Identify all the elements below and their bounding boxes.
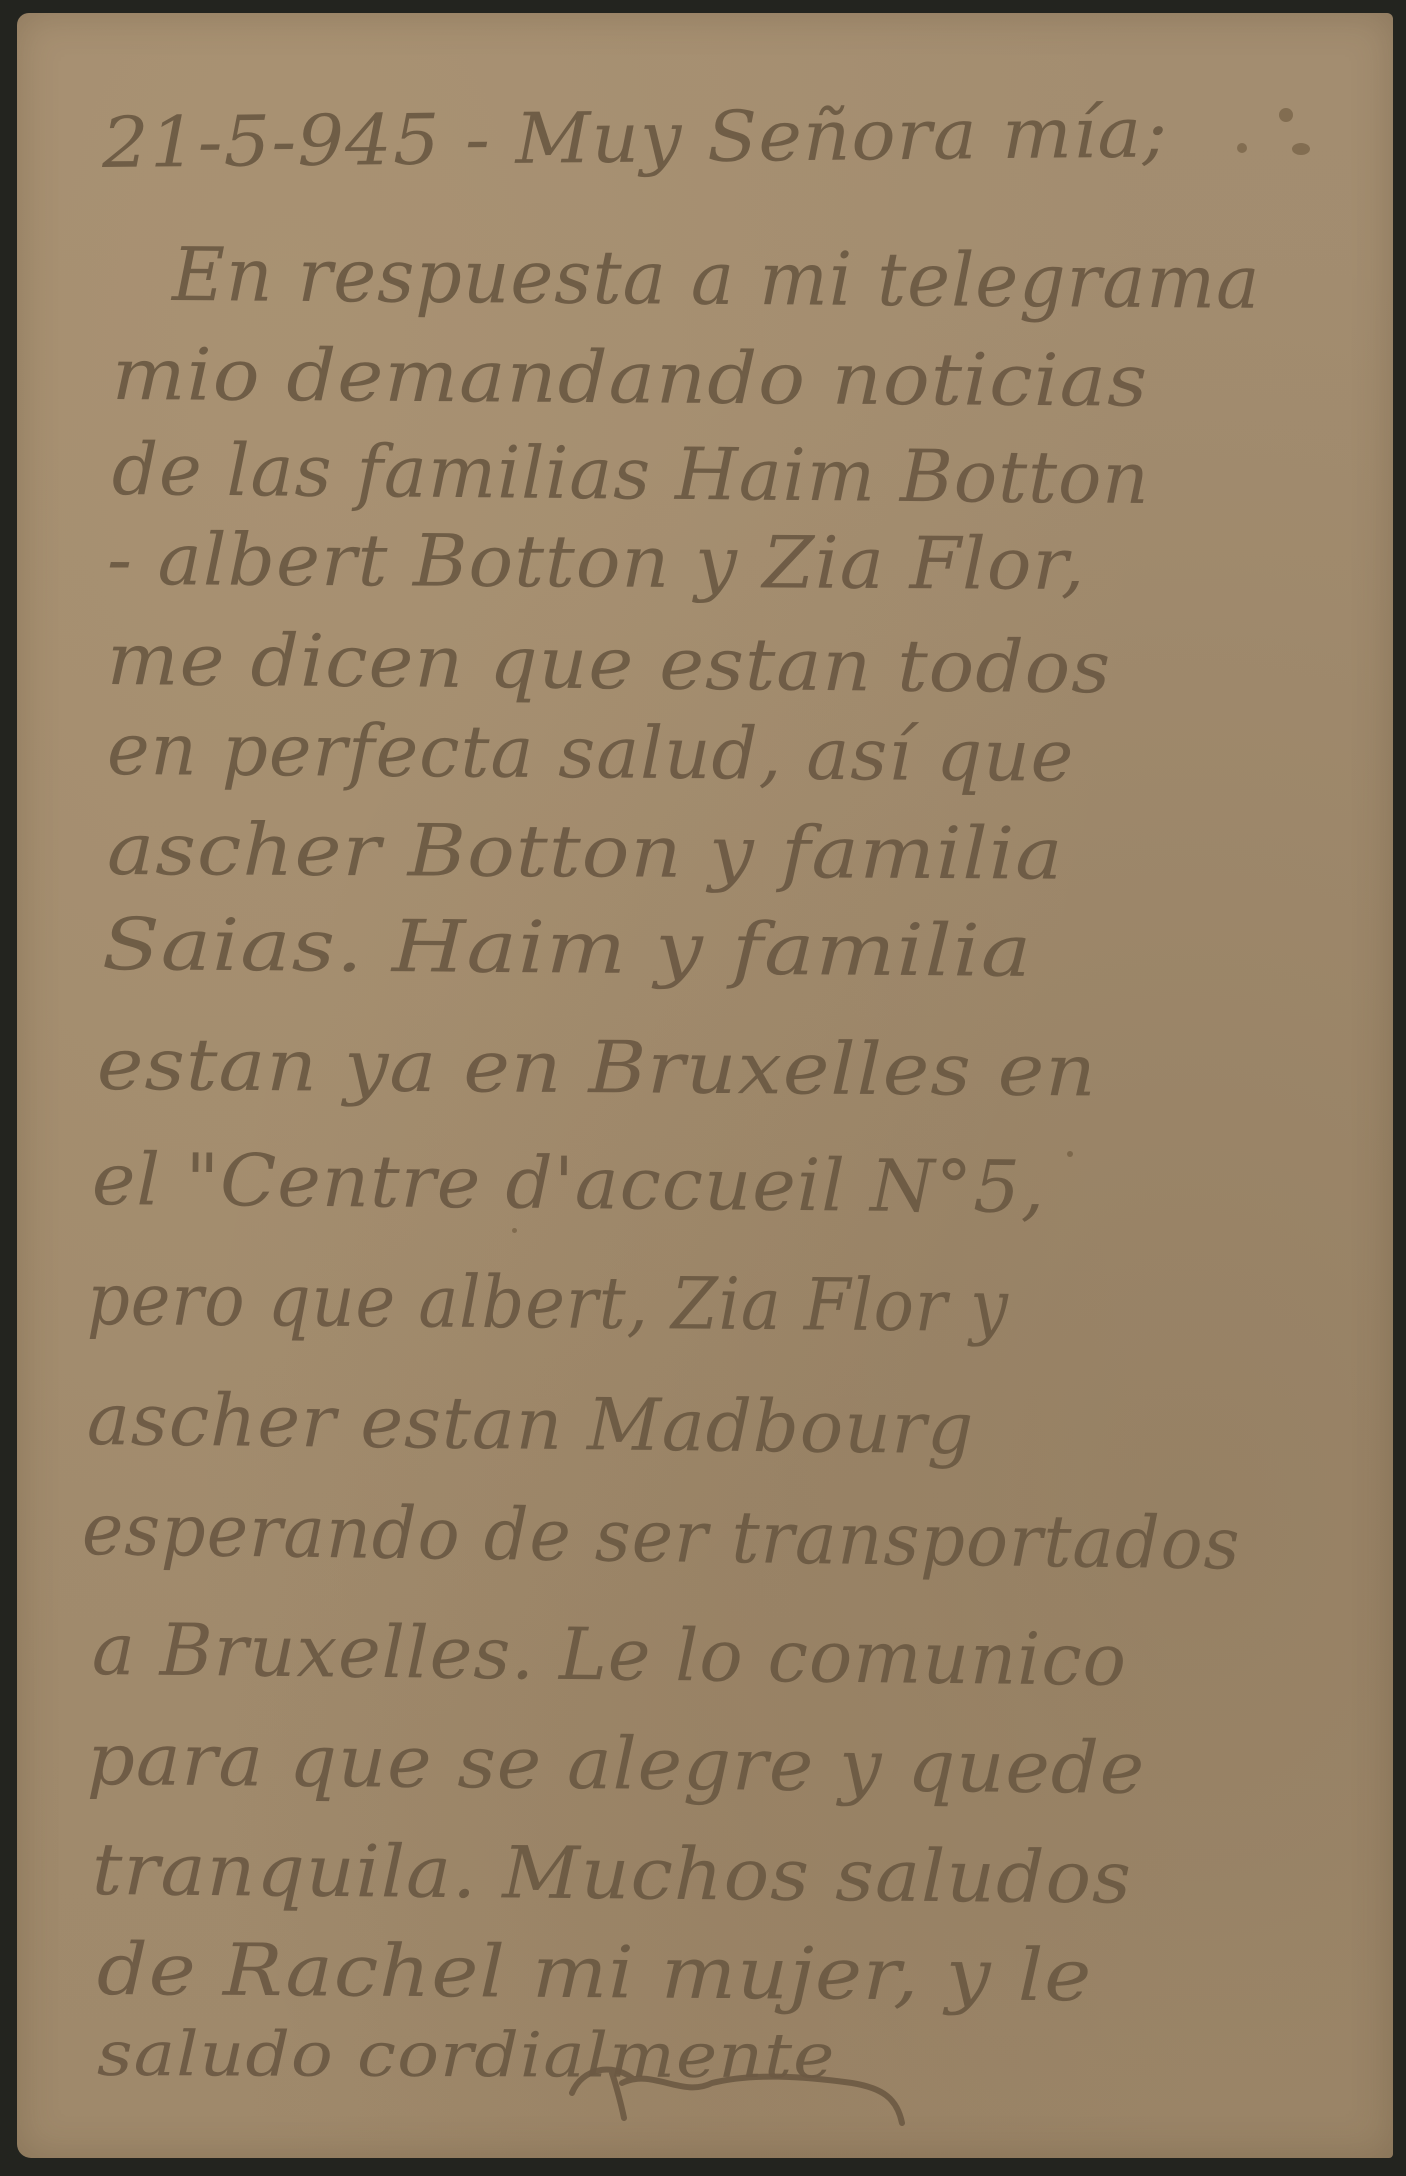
letter-line: el "Centre d'accueil N°5,	[92, 1143, 1046, 1223]
letter-line: En respuesta a mi telegrama	[172, 238, 1261, 320]
letter-line: - albert Botton y Zia Flor,	[107, 523, 1086, 600]
letter-line: en perfecta salud, así que	[107, 713, 1075, 792]
postcard: 21-5-945 - Muy Señora mía; En respuesta …	[17, 13, 1393, 2158]
letter-line: tranquila. Muchos saludos	[92, 1833, 1133, 1914]
letter-line: a Bruxelles. Le lo comunico	[92, 1613, 1128, 1696]
letter-line-date-salutation: 21-5-945 - Muy Señora mía;	[102, 97, 1169, 178]
letter-line: de las familias Haim Botton	[112, 433, 1150, 514]
letter-line: pero que albert, Zia Flor y	[87, 1263, 1009, 1342]
handwritten-text: 21-5-945 - Muy Señora mía; En respuesta …	[17, 13, 1393, 2158]
letter-line: estan ya en Bruxelles en	[97, 1028, 1098, 1106]
signature-flourish-icon	[562, 2038, 922, 2128]
letter-line: para que se alegre y quede	[87, 1723, 1146, 1804]
letter-line: Saias. Haim y familia	[102, 908, 1033, 987]
letter-line: esperando de ser transportados	[82, 1493, 1241, 1580]
letter-line: ascher Botton y familia	[107, 813, 1064, 890]
scan-background: 21-5-945 - Muy Señora mía; En respuesta …	[0, 0, 1406, 2176]
letter-line: mio demandando noticias	[112, 338, 1149, 417]
letter-line: de Rachel mi mujer, y le	[97, 1933, 1093, 2011]
letter-line: ascher estan Madbourg	[87, 1383, 975, 1464]
letter-line: me dicen que estan todos	[107, 623, 1112, 703]
